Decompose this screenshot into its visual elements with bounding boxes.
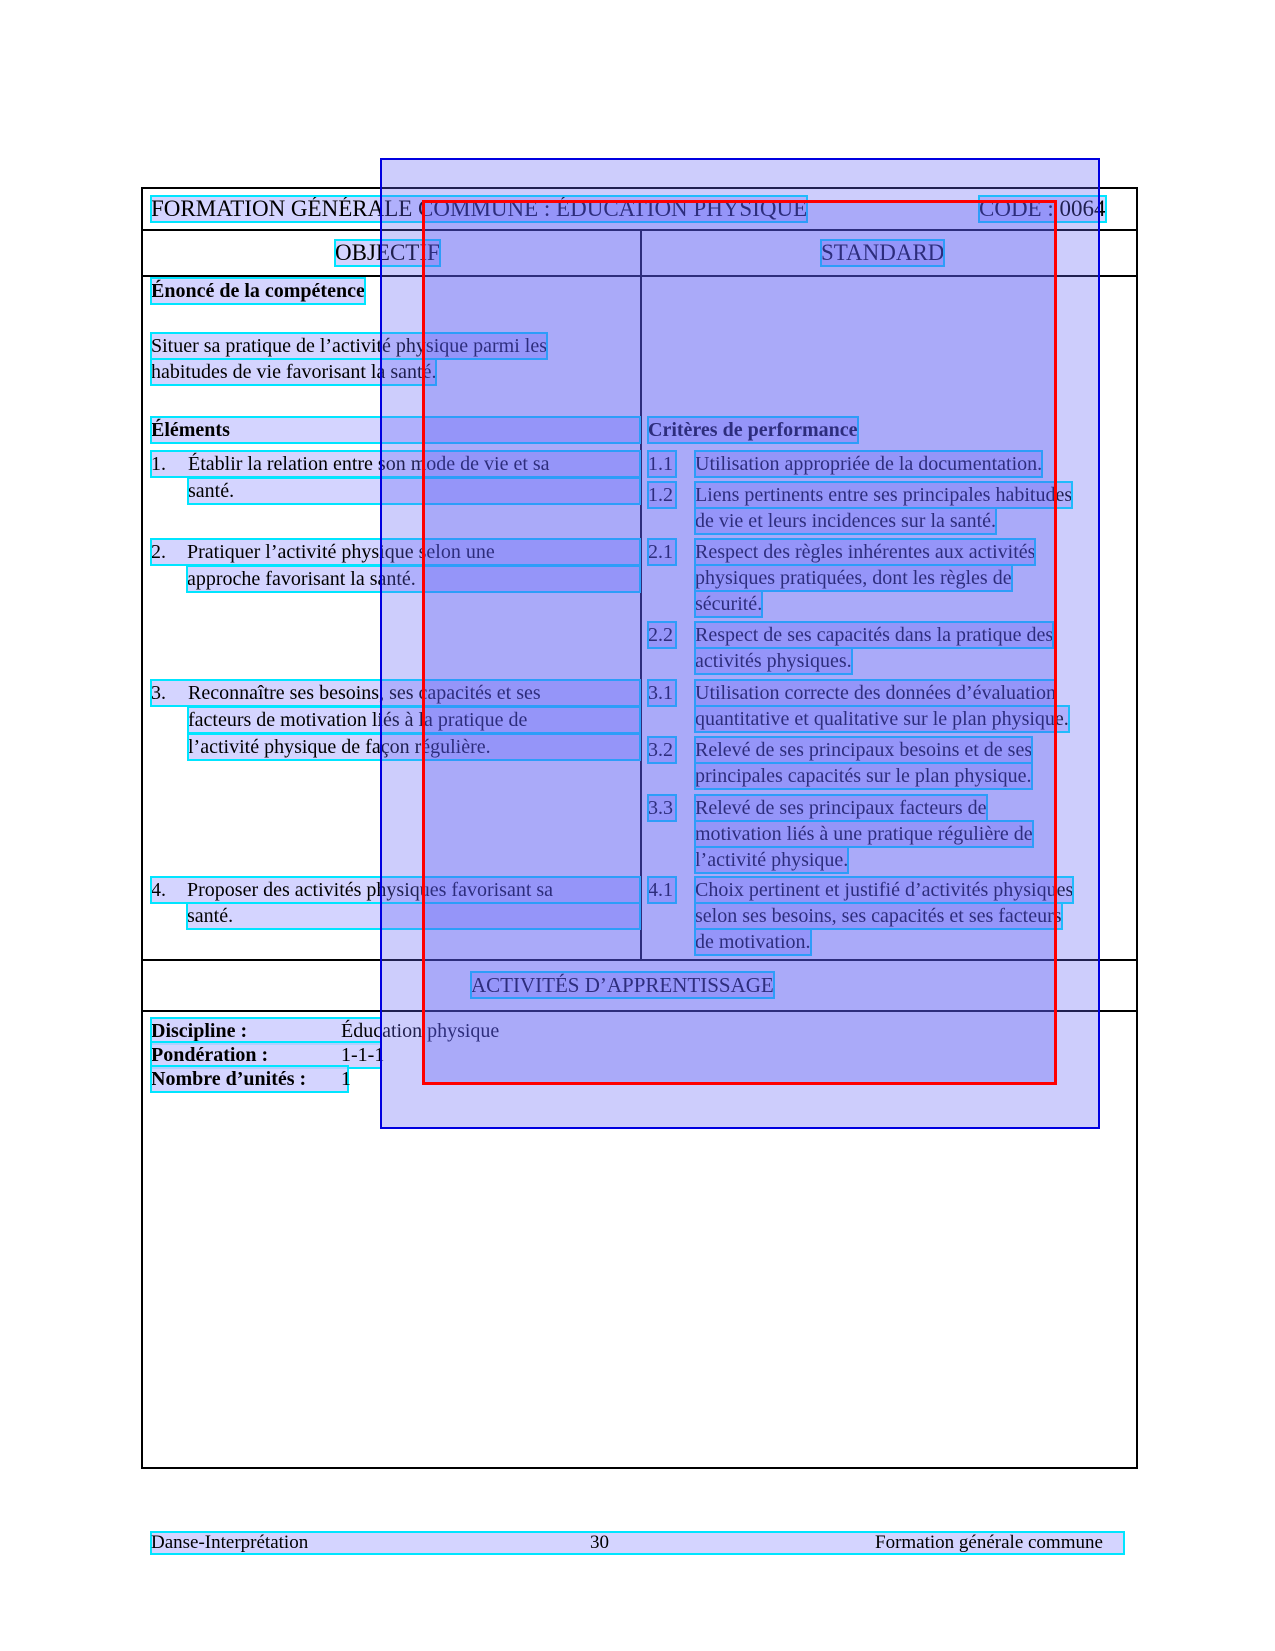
element-text: santé. [188,478,640,504]
criterion-number: 3.2 [648,737,676,763]
field-value-unites: 1 [341,1066,351,1092]
criterion-text: quantitative et qualitative sur le plan … [695,706,1069,732]
element-text: Reconnaître ses besoins, ses capacités e… [188,680,541,706]
element-text: Pratiquer l’activité physique selon une [187,539,495,565]
element-text: Établir la relation entre son mode de vi… [188,451,550,477]
rule-activities-top [141,959,1138,961]
criterion-text: sécurité. [695,591,762,617]
elements-label: Éléments [151,417,640,443]
element-text: approche favorisant la santé. [187,566,640,592]
element-text: Proposer des activités physiques favoris… [187,877,553,903]
field-value-ponderation: 1-1-1 [341,1042,384,1068]
column-divider [640,229,642,959]
criterion-text: Respect de ses capacités dans la pratiqu… [695,622,1053,648]
criterion-number: 1.2 [648,482,676,508]
criteres-label: Critères de performance [648,417,858,443]
rule-activities-bottom [141,1010,1138,1012]
criterion-text: Relevé de ses principaux besoins et de s… [695,737,1032,763]
criterion-text: selon ses besoins, ses capacités et ses … [695,903,1062,929]
criterion-text: Utilisation appropriée de la documentati… [695,451,1042,477]
criterion-text: Utilisation correcte des données d’évalu… [695,680,1056,706]
footer-left: Danse-Interprétation [151,1532,308,1554]
criterion-number: 4.1 [648,877,676,903]
criterion-number: 2.1 [648,539,676,565]
criterion-number: 2.2 [648,622,676,648]
column-header-standard: STANDARD [821,240,944,266]
criterion-text: l’activité physique. [695,847,848,873]
activities-title: ACTIVITÉS D’APPRENTISSAGE [471,972,774,998]
document-title: FORMATION GÉNÉRALE COMMUNE : ÉDUCATION P… [151,196,807,222]
field-value-discipline: Éducation physique [341,1018,499,1044]
element-text: facteurs de motivation liés à la pratiqu… [188,707,640,733]
criterion-number: 1.1 [648,451,676,477]
criterion-text: Liens pertinents entre ses principales h… [695,482,1072,508]
criterion-text: motivation liés à une pratique régulière… [695,821,1033,847]
criterion-text: activités physiques. [695,648,852,674]
course-code: CODE : 0064 [979,196,1106,222]
criterion-text: Respect des règles inhérentes aux activi… [695,539,1035,565]
criterion-number: 3.3 [648,795,676,821]
column-header-objectif: OBJECTIF [335,240,440,266]
criterion-text: de motivation. [695,929,811,955]
criterion-text: principales capacités sur le plan physiq… [695,763,1032,789]
criterion-text: physiques pratiquées, dont les règles de [695,565,1012,591]
field-label-unites: Nombre d’unités : [151,1066,348,1092]
criterion-number: 3.1 [648,680,676,706]
page-number: 30 [590,1532,609,1554]
criterion-text: Choix pertinent et justifié d’activités … [695,877,1073,903]
enonce-label: Énoncé de la compétence [151,278,365,304]
criterion-text: Relevé de ses principaux facteurs de [695,795,987,821]
element-text: l’activité physique de façon régulière. [188,734,640,760]
criterion-text: de vie et leurs incidences sur la santé. [695,508,996,534]
enonce-line: habitudes de vie favorisant la santé. [151,359,436,385]
footer-right: Formation générale commune [875,1532,1103,1554]
enonce-line: Situer sa pratique de l’activité physiqu… [151,333,547,359]
element-text: santé. [187,903,640,929]
